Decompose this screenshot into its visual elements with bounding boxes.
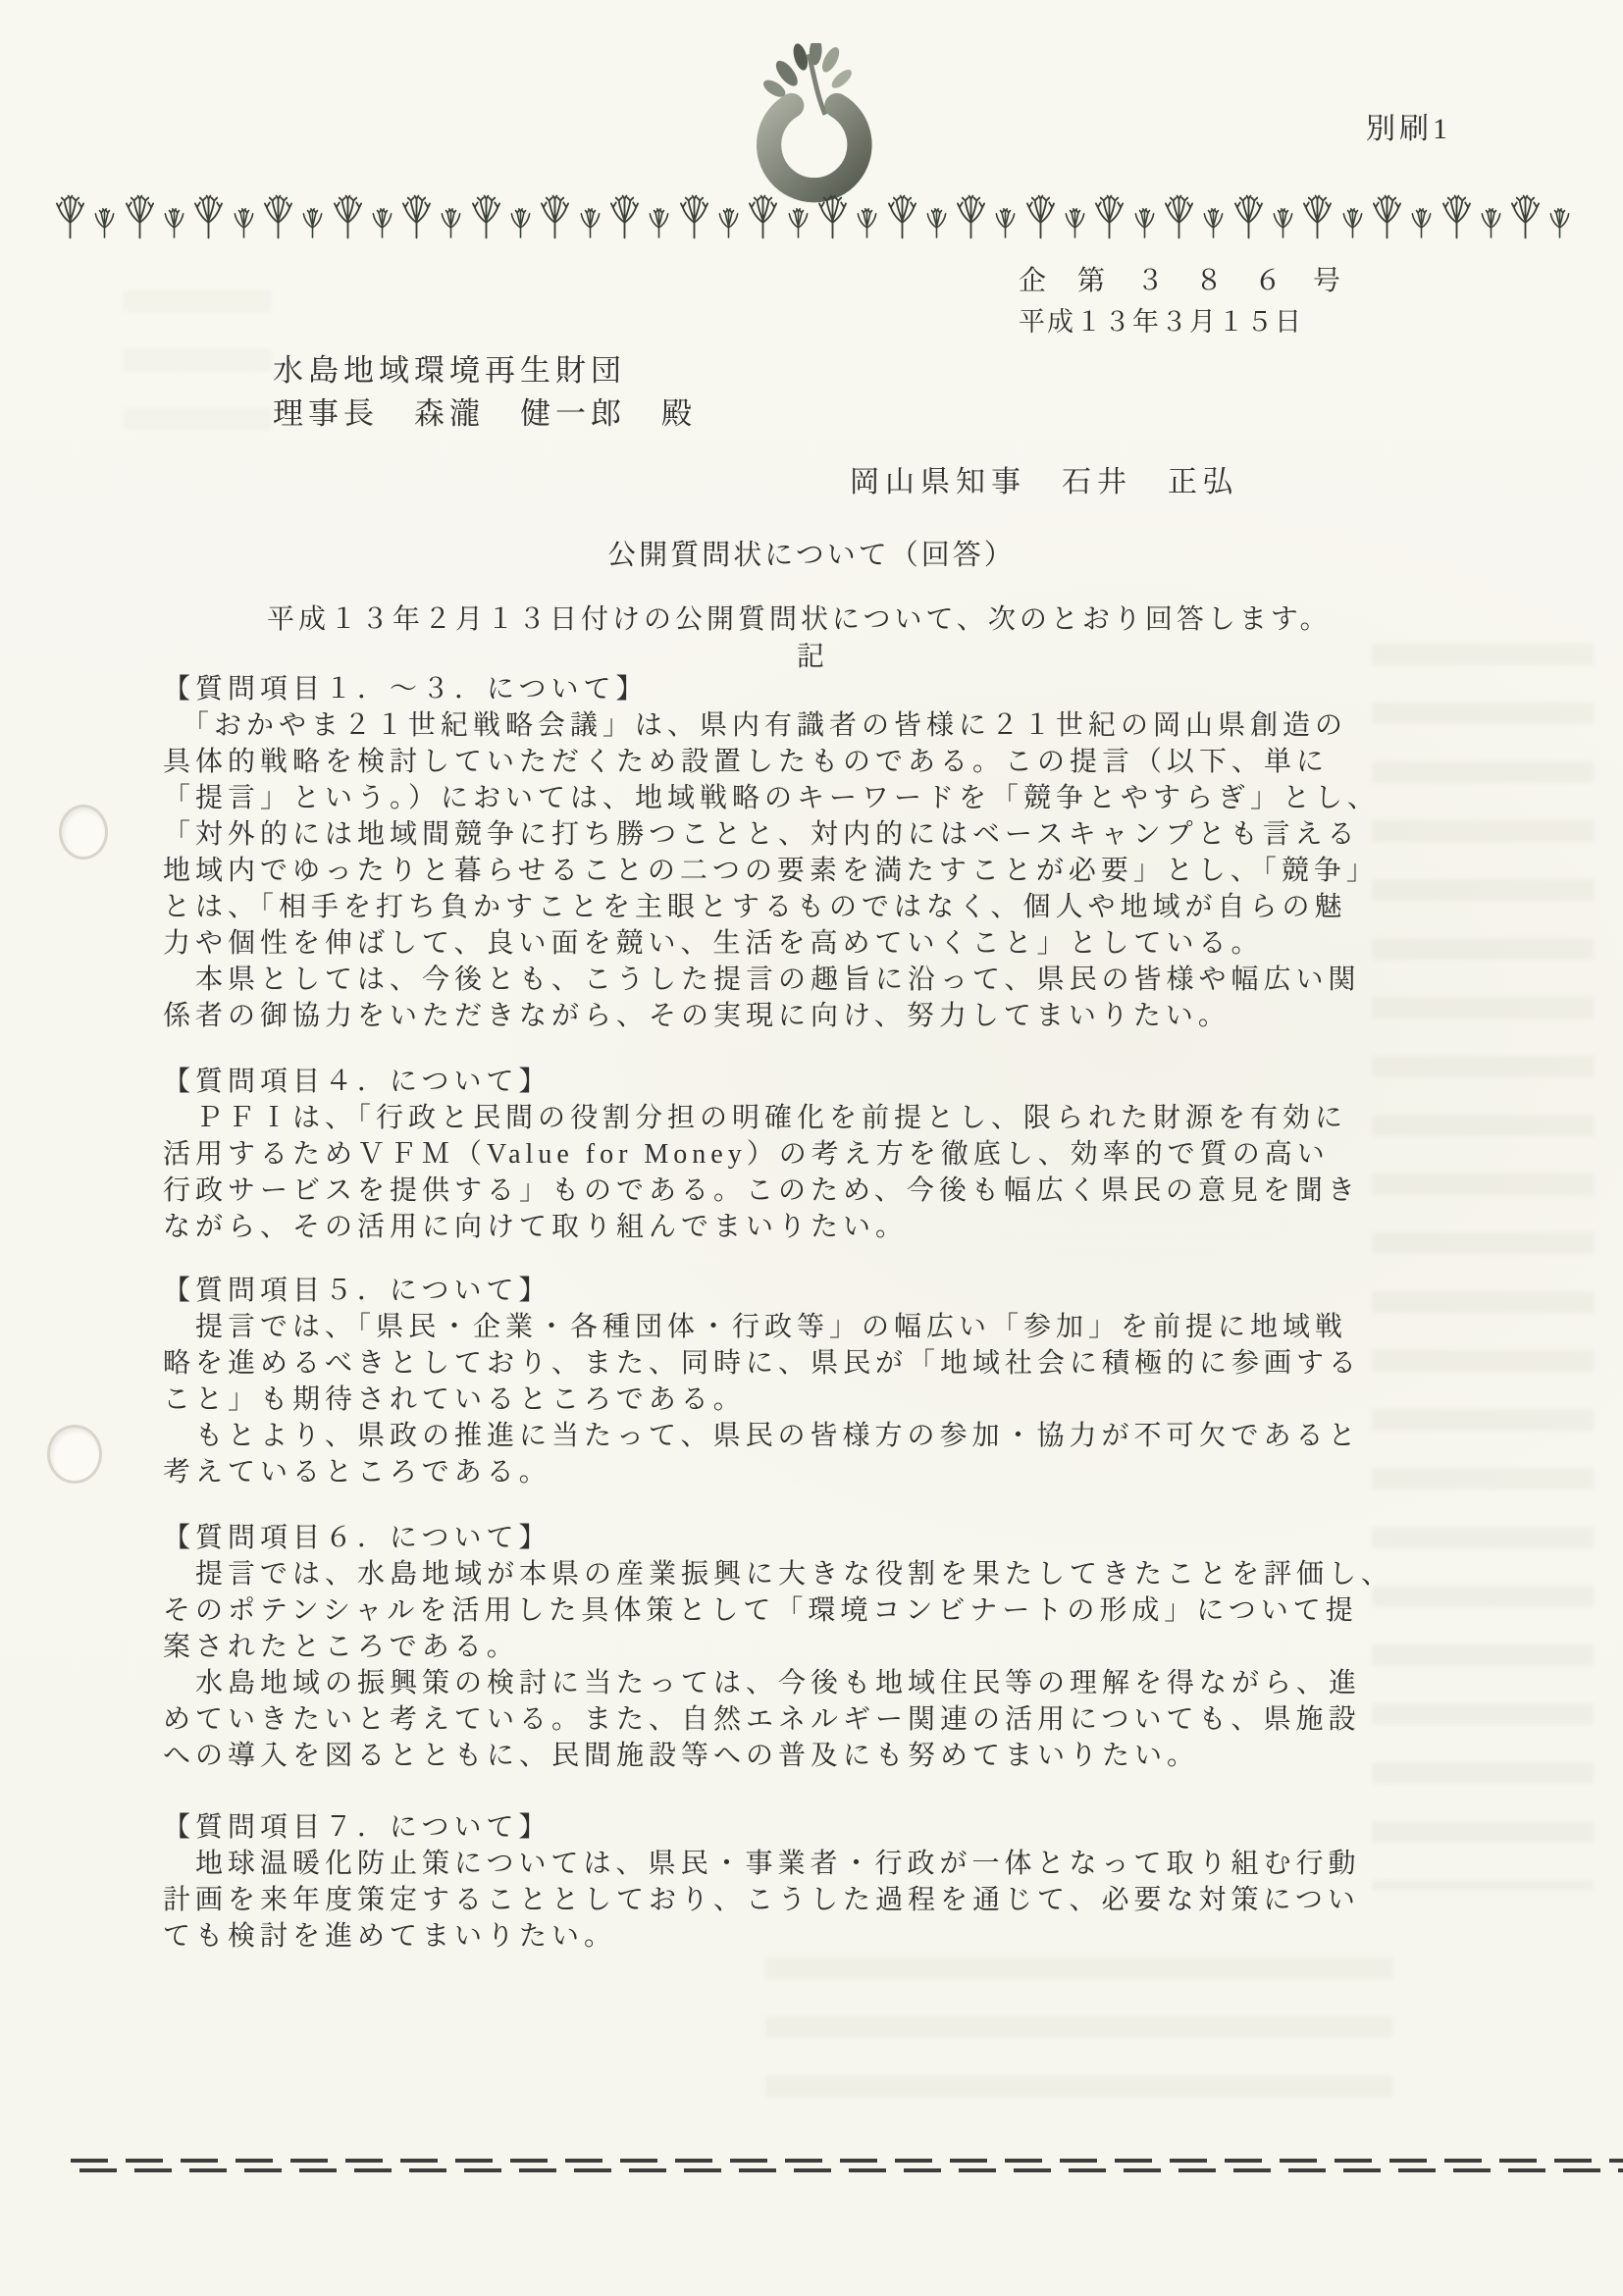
tree-icon xyxy=(816,192,849,241)
body-line: もとより、県政の推進に当たって、県民の皆様方の参加・協力が不可欠であると xyxy=(163,1418,1468,1454)
scanned-letter-page: 別刷1 企 第 ３ ８ ６ 号 平成１３年３月１５日 水島地域環境再生財団 理事… xyxy=(0,0,1623,2296)
section-heading: 【質問項目４．について】 xyxy=(163,1064,1468,1100)
tree-icon xyxy=(1132,204,1157,241)
tree-icon xyxy=(162,204,186,241)
body-line: そのポテンシャルを活用した具体策として「環境コンビナートの形成」について提 xyxy=(163,1592,1468,1629)
body-line: ＰＦＩは、「行政と民間の役割分担の明確化を前提とし、限られた財源を有効に xyxy=(163,1100,1468,1136)
tree-icon xyxy=(1547,204,1572,241)
tree-icon xyxy=(1340,204,1365,241)
recipient-organization: 水島地域環境再生財団 xyxy=(273,345,626,390)
body-line: 水島地域の振興策の検討に当たっては、今後も地域住民等の理解を得ながら、進 xyxy=(163,1665,1468,1701)
bleed-through-artifact xyxy=(124,290,271,438)
intro-line: 平成１３年２月１３日付けの公開質問状について、次のとおり回答します。 xyxy=(267,598,1332,637)
section-heading: 【質問項目５．について】 xyxy=(163,1273,1468,1309)
tree-icon xyxy=(1271,204,1295,241)
bleed-through-artifact xyxy=(765,1957,1393,2124)
dashed-separator xyxy=(71,2157,1623,2174)
body-line: 提言では、「県民・企業・各種団体・行政等」の幅広い「参加」を前提に地域戦 xyxy=(163,1309,1468,1345)
body-line: 「おかやま２１世紀戦略会議」は、県内有識者の皆様に２１世紀の岡山県創造の xyxy=(163,707,1468,744)
tree-icon xyxy=(608,192,641,241)
body-line: こと」も期待されているところである。 xyxy=(163,1382,1468,1418)
section-heading: 【質問項目１．～３．について】 xyxy=(163,671,1468,707)
body-line: 行政サービスを提供する」ものである。このため、今後も幅広く県民の意見を聞き xyxy=(163,1173,1468,1209)
tree-border xyxy=(54,186,1573,241)
tree-icon xyxy=(1063,204,1087,241)
tree-icon xyxy=(1163,192,1195,241)
section-q5: 【質問項目５．について】 提言では、「県民・企業・各種団体・行政等」の幅広い「参… xyxy=(163,1273,1468,1490)
body-line: 本県としては、今後とも、こうした提言の趣旨に沿って、県民の皆様や幅広い関 xyxy=(163,962,1468,998)
tree-icon xyxy=(124,192,156,241)
tree-icon xyxy=(1409,204,1434,241)
body-line: 力や個性を伸ばして、良い面を競い、生活を高めていくこと」としている。 xyxy=(163,925,1468,962)
tree-icon xyxy=(747,192,779,241)
tree-icon xyxy=(1201,204,1226,241)
tree-icon xyxy=(647,204,671,241)
subject-title: 公開質問状について（回答） xyxy=(0,533,1623,573)
body-line: 係者の御協力をいただきながら、その実現に向け、努力してまいりたい。 xyxy=(163,998,1468,1034)
recipient-person: 理事長 森瀧 健一郎 殿 xyxy=(273,389,697,433)
tree-icon xyxy=(855,204,879,241)
tree-icon xyxy=(439,204,463,241)
tree-icon xyxy=(300,204,325,241)
tree-icon xyxy=(1093,192,1126,241)
tree-icon xyxy=(232,204,256,241)
doc-date: 平成１３年３月１５日 xyxy=(1019,300,1303,339)
body-line: 略を進めるべきとしており、また、同時に、県民が「地域社会に積極的に参画する xyxy=(163,1345,1468,1382)
body-line: 活用するためＶＦＭ（Value for Money）の考え方を徹底し、効率的で質… xyxy=(163,1136,1468,1173)
tree-icon xyxy=(1371,192,1403,241)
tree-icon xyxy=(1509,192,1542,241)
sender-name: 岡山県知事 石井 正弘 xyxy=(850,457,1238,500)
tree-icon xyxy=(262,192,294,241)
body-line: 地域内でゆったりと暮らせることの二つの要素を満たすことが必要」とし、「競争」 xyxy=(163,853,1468,889)
section-q7: 【質問項目７．について】 地球温暖化防止策については、県民・事業者・行政が一体と… xyxy=(163,1809,1468,1955)
tree-icon xyxy=(539,192,571,241)
page-label: 別刷1 xyxy=(1366,104,1451,147)
tree-icon xyxy=(1440,192,1473,241)
body-line: めていきたいと考えている。また、自然エネルギー関連の活用についても、県施設 xyxy=(163,1701,1468,1738)
body-line: 案されたところである。 xyxy=(163,1629,1468,1665)
doc-number: 企 第 ３ ８ ６ 号 xyxy=(1019,259,1342,298)
punch-hole xyxy=(47,1425,102,1484)
tree-icon xyxy=(332,192,364,241)
tree-icon xyxy=(54,192,86,241)
body-line: 「対外的には地域間競争に打ち勝つことと、対内的にはベースキャンプとも言える xyxy=(163,816,1468,853)
body-line: 提言では、水島地域が本県の産業振興に大きな役割を果たしてきたことを評価し、 xyxy=(163,1556,1468,1592)
tree-icon xyxy=(192,192,225,241)
tree-icon xyxy=(1301,192,1334,241)
tree-icon xyxy=(886,192,918,241)
punch-hole xyxy=(59,805,108,860)
tree-icon xyxy=(678,192,710,241)
tree-icon xyxy=(924,204,949,241)
tree-icon xyxy=(1232,192,1265,241)
tree-icon xyxy=(508,204,533,241)
body-line: への導入を図るとともに、民間施設等への普及にも努めてまいりたい。 xyxy=(163,1738,1468,1774)
tree-icon xyxy=(716,204,741,241)
body-line: ながら、その活用に向けて取り組んでまいりたい。 xyxy=(163,1209,1468,1245)
body-line: 地球温暖化防止策については、県民・事業者・行政が一体となって取り組む行動 xyxy=(163,1846,1468,1882)
section-q6: 【質問項目６．について】 提言では、水島地域が本県の産業振興に大きな役割を果たし… xyxy=(163,1520,1468,1774)
tree-icon xyxy=(955,192,987,241)
body-line: とは、「相手を打ち負かすことを主眼とするものではなく、個人や地域が自らの魅 xyxy=(163,889,1468,925)
tree-icon xyxy=(400,192,433,241)
section-heading: 【質問項目６．について】 xyxy=(163,1520,1468,1556)
body-line: 具体的戦略を検討していただくため設置したものである。この提言（以下、単に xyxy=(163,744,1468,780)
tree-icon xyxy=(578,204,602,241)
body-line: 「提言」という。）においては、地域戦略のキーワードを「競争とやすらぎ」とし、 xyxy=(163,780,1468,816)
body-line: 計画を来年度策定することとしており、こうした過程を通じて、必要な対策につい xyxy=(163,1882,1468,1918)
section-q1-3: 【質問項目１．～３．について】 「おかやま２１世紀戦略会議」は、県内有識者の皆様… xyxy=(163,671,1468,1034)
tree-icon xyxy=(1024,192,1057,241)
body-line: ても検討を進めてまいりたい。 xyxy=(163,1918,1468,1955)
tree-icon xyxy=(786,204,811,241)
tree-icon xyxy=(1479,204,1503,241)
tree-icon xyxy=(370,204,394,241)
tree-icon xyxy=(993,204,1018,241)
section-heading: 【質問項目７．について】 xyxy=(163,1809,1468,1846)
tree-icon xyxy=(92,204,117,241)
section-q4: 【質問項目４．について】 ＰＦＩは、「行政と民間の役割分担の明確化を前提とし、限… xyxy=(163,1064,1468,1245)
seedling-logo-icon xyxy=(726,43,911,208)
tree-icon xyxy=(470,192,502,241)
ki-marker: 記 xyxy=(0,635,1623,674)
body-line: 考えているところである。 xyxy=(163,1454,1468,1490)
